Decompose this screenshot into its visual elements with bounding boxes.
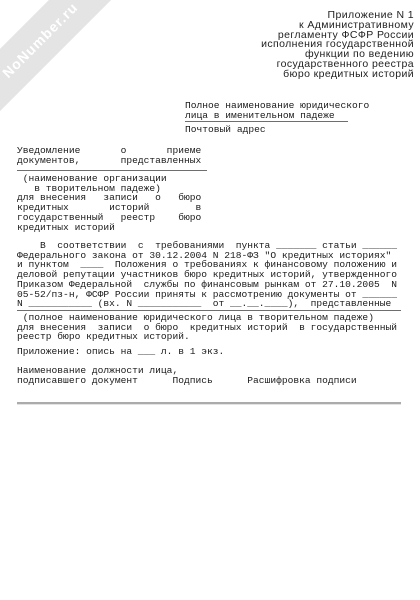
document-page: NoNumber.ru Приложение N 1 к Администрат…	[0, 0, 420, 600]
notice-org-text: (наименование организации в творительном…	[17, 174, 201, 232]
addressee-underline	[185, 121, 348, 122]
addressee-address-label: Почтовый адрес	[185, 125, 266, 135]
bottom-divider	[17, 402, 401, 405]
watermark-text: NoNumber.ru	[0, 0, 81, 81]
signature-columns-line: подписавшего документ Подпись Расшифровк…	[17, 376, 357, 386]
body-underline	[17, 310, 401, 311]
addressee-name-label: Полное наименование юридического лица в …	[185, 101, 369, 120]
watermark-ribbon: NoNumber.ru	[0, 0, 133, 133]
body-org-note: (полное наименование юридического лица в…	[17, 313, 397, 342]
attachment-line: Приложение: опись на ___ л. в 1 экз.	[17, 347, 224, 357]
notice-title: Уведомление о приеме документов, предста…	[17, 146, 201, 165]
body-paragraph: В соответствии с требованиями пункта ___…	[17, 241, 397, 309]
notice-underline	[17, 170, 207, 171]
appendix-header: Приложение N 1 к Административному регла…	[261, 11, 414, 80]
